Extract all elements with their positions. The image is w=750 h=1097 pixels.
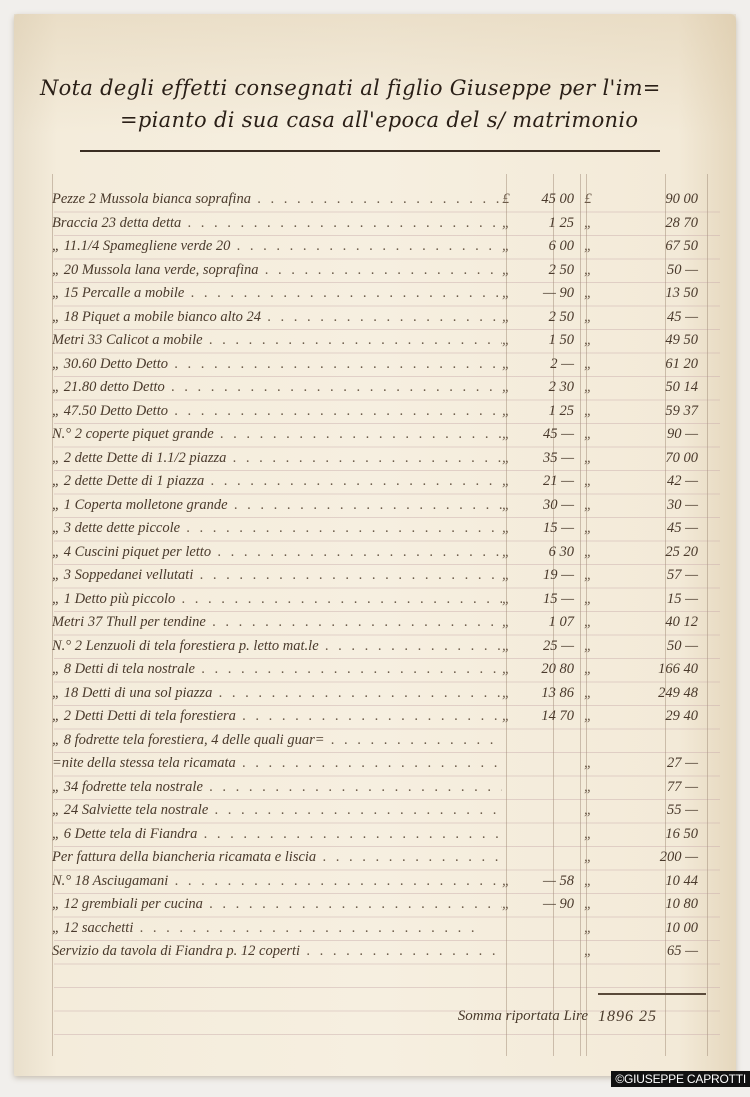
item-description: N.° 18 Asciugamani . . . . . . . . . . .…	[52, 870, 502, 894]
ledger-row: „ 1 Detto più piccolo . . . . . . . . . …	[52, 588, 712, 612]
item-description: =nite della stessa tela ricamata . . . .…	[52, 752, 502, 776]
unit-price: 1 25	[508, 212, 574, 236]
line-total: 55 —	[612, 799, 698, 823]
ditto-mark: „	[582, 752, 594, 776]
item-description: „ 30.60 Detto Detto . . . . . . . . . . …	[52, 353, 502, 377]
ditto-mark: „	[582, 235, 594, 259]
item-description: Braccia 23 detta detta . . . . . . . . .…	[52, 212, 502, 236]
ditto-mark: „	[582, 376, 594, 400]
unit-price: — 90	[508, 893, 574, 917]
ledger-row: „ 2 dette Dette di 1.1/2 piazza . . . . …	[52, 447, 712, 471]
unit-price: 45 —	[508, 423, 574, 447]
line-total: 42 —	[612, 470, 698, 494]
ditto-mark: „	[582, 282, 594, 306]
line-total: 27 —	[612, 752, 698, 776]
ledger-row: Braccia 23 detta detta . . . . . . . . .…	[52, 212, 712, 236]
title-line-2: =pianto di sua casa all'epoca del s/ mat…	[34, 104, 674, 136]
ledger-entries: Pezze 2 Mussola bianca soprafina . . . .…	[52, 188, 712, 964]
item-description: „ 11.1/4 Spamegliene verde 20 . . . . . …	[52, 235, 502, 259]
ditto-mark: „	[582, 893, 594, 917]
unit-price: 21 —	[508, 470, 574, 494]
ledger-row: „ 6 Dette tela di Fiandra . . . . . . . …	[52, 823, 712, 847]
ledger-row: „ 8 Detti di tela nostrale . . . . . . .…	[52, 658, 712, 682]
line-total: 50 —	[612, 259, 698, 283]
line-total: 200 —	[612, 846, 698, 870]
item-description: „ 8 Detti di tela nostrale . . . . . . .…	[52, 658, 502, 682]
title-line-1: Nota degli effetti consegnati al figlio …	[34, 72, 674, 104]
unit-price: 6 30	[508, 541, 574, 565]
item-description: „ 2 dette Dette di 1 piazza . . . . . . …	[52, 470, 502, 494]
item-description: „ 3 dette dette piccole . . . . . . . . …	[52, 517, 502, 541]
unit-price: 15 —	[508, 517, 574, 541]
ledger-row: „ 11.1/4 Spamegliene verde 20 . . . . . …	[52, 235, 712, 259]
ledger-row: „ 4 Cuscini piquet per letto . . . . . .…	[52, 541, 712, 565]
ditto-mark: „	[582, 846, 594, 870]
unit-price: 30 —	[508, 494, 574, 518]
item-description: „ 12 grembiali per cucina . . . . . . . …	[52, 893, 502, 917]
line-total: 10 44	[612, 870, 698, 894]
line-total: 45 —	[612, 306, 698, 330]
line-total: 13 50	[612, 282, 698, 306]
item-description: „ 8 fodrette tela forestiera, 4 delle qu…	[52, 729, 502, 753]
ledger-row: „ 8 fodrette tela forestiera, 4 delle qu…	[52, 729, 712, 753]
ditto-mark: „	[582, 940, 594, 964]
item-description: „ 47.50 Detto Detto . . . . . . . . . . …	[52, 400, 502, 424]
item-description: „ 3 Soppedanei vellutati . . . . . . . .…	[52, 564, 502, 588]
item-description: „ 18 Detti di una sol piazza . . . . . .…	[52, 682, 502, 706]
ledger-row: „ 21.80 detto Detto . . . . . . . . . . …	[52, 376, 712, 400]
line-total: 65 —	[612, 940, 698, 964]
ledger-row: Servizio da tavola di Fiandra p. 12 cope…	[52, 940, 712, 964]
ditto-mark: „	[582, 705, 594, 729]
item-description: „ 6 Dette tela di Fiandra . . . . . . . …	[52, 823, 502, 847]
line-total: 50 14	[612, 376, 698, 400]
item-description: Pezze 2 Mussola bianca soprafina . . . .…	[52, 188, 502, 212]
line-total: 30 —	[612, 494, 698, 518]
unit-price: 2 50	[508, 259, 574, 283]
ditto-mark: „	[582, 823, 594, 847]
item-description: „ 15 Percalle a mobile . . . . . . . . .…	[52, 282, 502, 306]
item-description: N.° 2 Lenzuoli di tela forestiera p. let…	[52, 635, 502, 659]
item-description: Metri 37 Thull per tendine . . . . . . .…	[52, 611, 502, 635]
line-total: 45 —	[612, 517, 698, 541]
ditto-mark: „	[582, 494, 594, 518]
ditto-mark: „	[582, 776, 594, 800]
ledger-row: Metri 33 Calicot a mobile . . . . . . . …	[52, 329, 712, 353]
line-total: 16 50	[612, 823, 698, 847]
item-description: „ 20 Mussola lana verde, soprafina . . .…	[52, 259, 502, 283]
title-underline	[80, 150, 660, 152]
line-total: 77 —	[612, 776, 698, 800]
line-total: 25 20	[612, 541, 698, 565]
unit-price: 1 50	[508, 329, 574, 353]
ditto-mark: „	[582, 517, 594, 541]
unit-price: 15 —	[508, 588, 574, 612]
ledger-row: Per fattura della biancheria ricamata e …	[52, 846, 712, 870]
summary-value: 1896 25	[598, 1008, 708, 1026]
ditto-mark: £	[582, 188, 594, 212]
item-description: „ 2 dette Dette di 1.1/2 piazza . . . . …	[52, 447, 502, 471]
unit-price: 35 —	[508, 447, 574, 471]
ledger-row: „ 20 Mussola lana verde, soprafina . . .…	[52, 259, 712, 283]
ledger-row: „ 34 fodrette tela nostrale . . . . . . …	[52, 776, 712, 800]
ledger-row: „ 2 Detti Detti di tela forestiera . . .…	[52, 705, 712, 729]
ledger-row: N.° 18 Asciugamani . . . . . . . . . . .…	[52, 870, 712, 894]
line-total: 49 50	[612, 329, 698, 353]
line-total: 10 80	[612, 893, 698, 917]
summary-label: Somma riportata Lire	[330, 1008, 588, 1025]
line-total: 29 40	[612, 705, 698, 729]
item-description: Metri 33 Calicot a mobile . . . . . . . …	[52, 329, 502, 353]
ditto-mark: „	[582, 682, 594, 706]
ditto-mark: „	[582, 611, 594, 635]
unit-price: 45 00	[508, 188, 574, 212]
ditto-mark: „	[582, 470, 594, 494]
item-description: „ 18 Piquet a mobile bianco alto 24 . . …	[52, 306, 502, 330]
ditto-mark: „	[582, 423, 594, 447]
item-description: „ 34 fodrette tela nostrale . . . . . . …	[52, 776, 502, 800]
line-total: 90 —	[612, 423, 698, 447]
ledger-row: „ 12 sacchetti . . . . . . . . . . . . .…	[52, 917, 712, 941]
line-total: 10 00	[612, 917, 698, 941]
ledger-row: Pezze 2 Mussola bianca soprafina . . . .…	[52, 188, 712, 212]
item-description: N.° 2 coperte piquet grande . . . . . . …	[52, 423, 502, 447]
ledger-row: N.° 2 Lenzuoli di tela forestiera p. let…	[52, 635, 712, 659]
line-total: 50 —	[612, 635, 698, 659]
item-description: Per fattura della biancheria ricamata e …	[52, 846, 502, 870]
ditto-mark: „	[582, 400, 594, 424]
copyright-watermark: ©GIUSEPPE CAPROTTI	[611, 1071, 750, 1087]
line-total: 15 —	[612, 588, 698, 612]
unit-price: 20 80	[508, 658, 574, 682]
unit-price: 2 50	[508, 306, 574, 330]
ledger-row: „ 47.50 Detto Detto . . . . . . . . . . …	[52, 400, 712, 424]
unit-price: 6 00	[508, 235, 574, 259]
ledger-row: „ 1 Coperta molletone grande . . . . . .…	[52, 494, 712, 518]
ditto-mark: „	[582, 212, 594, 236]
item-description: „ 1 Coperta molletone grande . . . . . .…	[52, 494, 502, 518]
ledger-row: „ 3 Soppedanei vellutati . . . . . . . .…	[52, 564, 712, 588]
line-total: 28 70	[612, 212, 698, 236]
line-total: 249 48	[612, 682, 698, 706]
document-title: Nota degli effetti consegnati al figlio …	[34, 72, 674, 136]
item-description: „ 4 Cuscini piquet per letto . . . . . .…	[52, 541, 502, 565]
ditto-mark: „	[582, 635, 594, 659]
ledger-row: „ 12 grembiali per cucina . . . . . . . …	[52, 893, 712, 917]
item-description: „ 2 Detti Detti di tela forestiera . . .…	[52, 705, 502, 729]
unit-price: 19 —	[508, 564, 574, 588]
unit-price: 2 —	[508, 353, 574, 377]
sum-rule	[598, 993, 706, 995]
ditto-mark: „	[582, 541, 594, 565]
item-description: „ 1 Detto più piccolo . . . . . . . . . …	[52, 588, 502, 612]
ledger-row: „ 2 dette Dette di 1 piazza . . . . . . …	[52, 470, 712, 494]
ditto-mark: „	[582, 329, 594, 353]
ledger-row: „ 24 Salviette tela nostrale . . . . . .…	[52, 799, 712, 823]
unit-price: 25 —	[508, 635, 574, 659]
ditto-mark: „	[582, 870, 594, 894]
ledger-row: „ 15 Percalle a mobile . . . . . . . . .…	[52, 282, 712, 306]
line-total: 59 37	[612, 400, 698, 424]
unit-price: 13 86	[508, 682, 574, 706]
unit-price: 2 30	[508, 376, 574, 400]
unit-price: 1 25	[508, 400, 574, 424]
unit-price: 1 07	[508, 611, 574, 635]
ditto-mark: „	[582, 799, 594, 823]
unit-price: 14 70	[508, 705, 574, 729]
ledger-row: N.° 2 coperte piquet grande . . . . . . …	[52, 423, 712, 447]
item-description: „ 24 Salviette tela nostrale . . . . . .…	[52, 799, 502, 823]
ledger-row: „ 3 dette dette piccole . . . . . . . . …	[52, 517, 712, 541]
line-total: 166 40	[612, 658, 698, 682]
ledger-row: „ 18 Piquet a mobile bianco alto 24 . . …	[52, 306, 712, 330]
ledger-row: =nite della stessa tela ricamata . . . .…	[52, 752, 712, 776]
ledger-row: „ 30.60 Detto Detto . . . . . . . . . . …	[52, 353, 712, 377]
line-total: 61 20	[612, 353, 698, 377]
ditto-mark: „	[582, 353, 594, 377]
ditto-mark: „	[582, 588, 594, 612]
ditto-mark: „	[582, 917, 594, 941]
unit-price: — 90	[508, 282, 574, 306]
ledger-row: „ 18 Detti di una sol piazza . . . . . .…	[52, 682, 712, 706]
line-total: 40 12	[612, 611, 698, 635]
line-total: 70 00	[612, 447, 698, 471]
ditto-mark: „	[582, 306, 594, 330]
item-description: „ 21.80 detto Detto . . . . . . . . . . …	[52, 376, 502, 400]
ledger-row: Metri 37 Thull per tendine . . . . . . .…	[52, 611, 712, 635]
line-total: 90 00	[612, 188, 698, 212]
ditto-mark: „	[582, 447, 594, 471]
item-description: „ 12 sacchetti . . . . . . . . . . . . .…	[52, 917, 502, 941]
line-total: 67 50	[612, 235, 698, 259]
ditto-mark: „	[582, 259, 594, 283]
ditto-mark: „	[582, 564, 594, 588]
item-description: Servizio da tavola di Fiandra p. 12 cope…	[52, 940, 502, 964]
ditto-mark: „	[582, 658, 594, 682]
unit-price: — 58	[508, 870, 574, 894]
line-total: 57 —	[612, 564, 698, 588]
